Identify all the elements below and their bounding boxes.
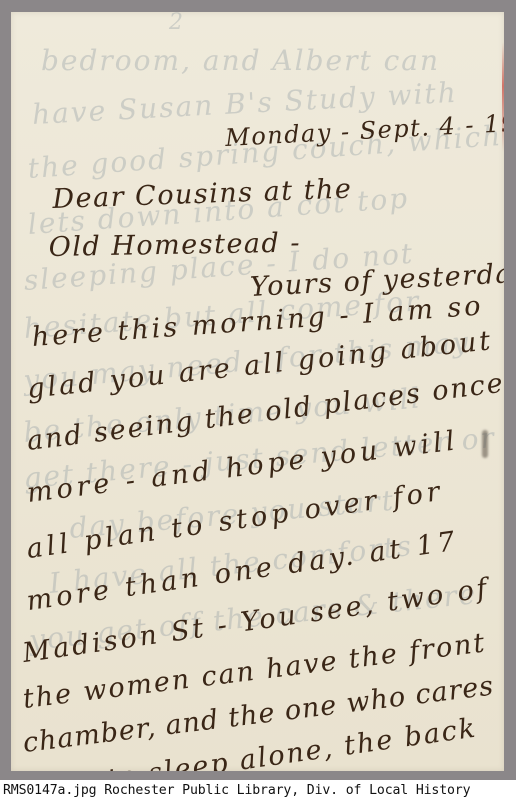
salutation-line-2: Old Homestead - [48,228,301,263]
page-number-bleedthrough: 2 [169,12,185,35]
letter-page: 2 bedroom, and Albert can have Susan B's… [11,12,504,771]
ink-smudge [482,430,488,458]
bleedthrough-line: bedroom, and Albert can [41,44,440,77]
image-caption: RMS0147a.jpg Rochester Public Library, D… [0,780,516,802]
